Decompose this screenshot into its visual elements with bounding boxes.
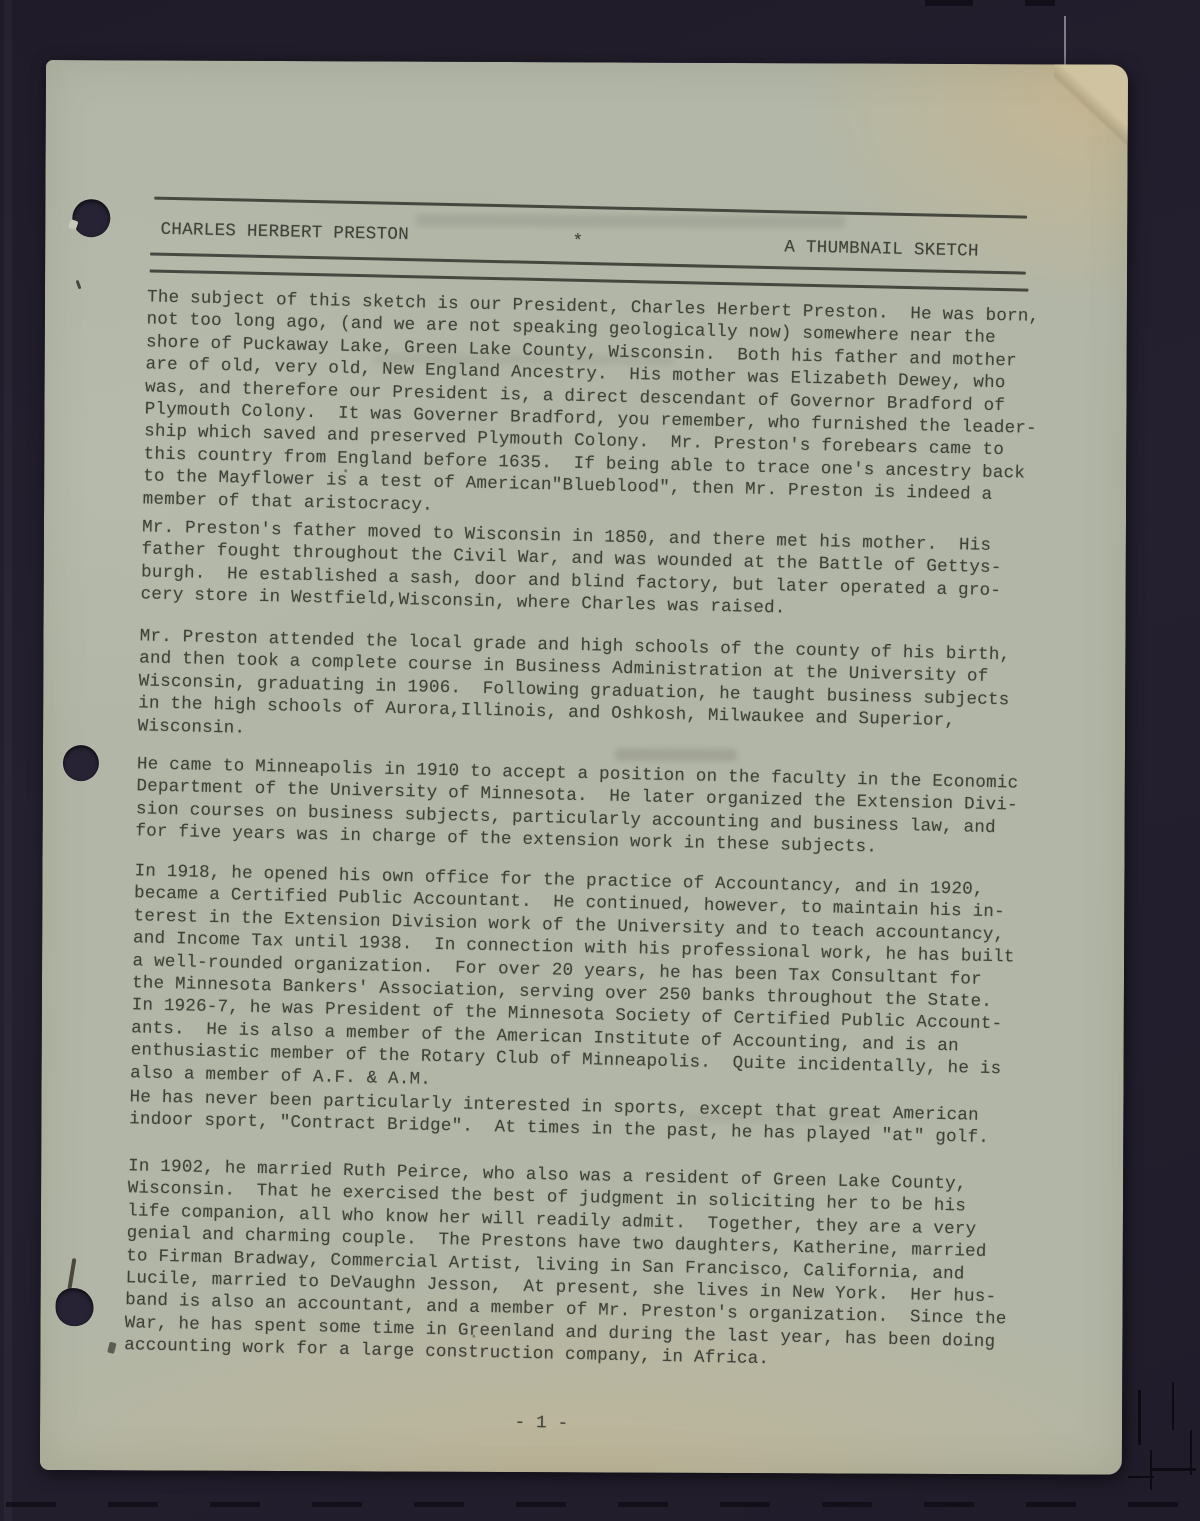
horizontal-rule-top [154,197,1027,219]
punch-hole-top [72,199,110,237]
scratch-mark [1138,1390,1141,1445]
document-subtitle: A THUMBNAIL SKETCH [784,237,979,261]
document-page: CHARLES HERBERT PRESTON * A THUMBNAIL SK… [40,60,1128,1475]
scan-background: CHARLES HERBERT PRESTON * A THUMBNAIL SK… [0,0,1200,1521]
ink-speck [107,1342,116,1354]
film-dash-marks [6,1502,1194,1507]
header-separator-star: * [572,232,583,252]
typed-content: CHARLES HERBERT PRESTON * A THUMBNAIL SK… [121,190,1054,1499]
punch-hole-bottom [55,1288,93,1326]
scratch-mark [1025,0,1055,6]
page-number: - 1 - [514,1413,568,1434]
paragraph: In 1902, he married Ruth Peirce, who als… [124,1155,1033,1376]
paragraph: He came to Minneapolis in 1910 to accept… [135,753,1042,862]
paragraph: The subject of this sketch is our Presid… [142,286,1052,530]
ink-speck [76,280,82,289]
horizontal-rule-below-header-2 [150,269,1029,291]
punch-hole-middle [63,745,99,781]
scratch-mark [1172,1382,1174,1430]
scratch-mark [925,0,973,6]
paragraph: Mr. Preston's father moved to Wisconsin … [140,516,1047,625]
page-corner-fold [1054,64,1128,156]
film-edge-sheen [4,0,12,1521]
scratch-mark [1128,1476,1154,1478]
paragraph: In 1918, he opened his own office for th… [130,860,1040,1104]
scratch-mark [1152,1468,1196,1471]
paper-tear [67,1258,76,1292]
document-title: CHARLES HERBERT PRESTON [160,220,409,245]
scratch-mark [1064,16,1066,70]
paragraph: Mr. Preston attended the local grade and… [137,625,1044,757]
